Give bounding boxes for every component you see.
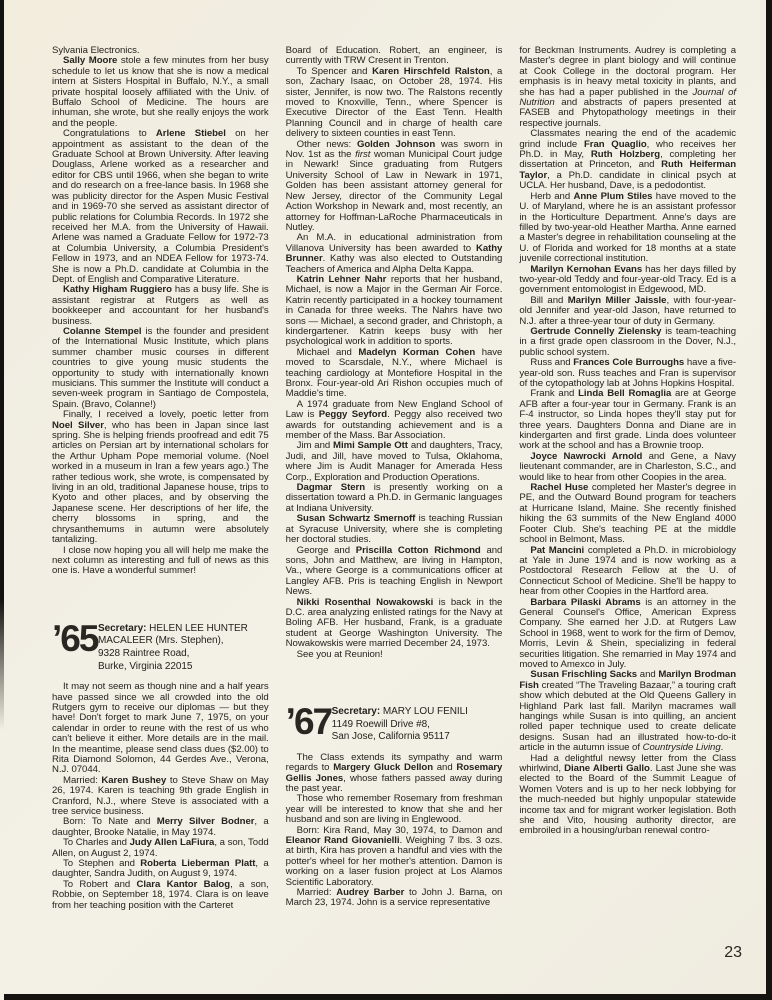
paragraph: A 1974 graduate from New England School … [286,400,503,442]
person-name: Joyce Nawrocki Arnold [530,451,642,462]
class-section-header: ’65Secretary: HELEN LEE HUNTERMACALEER (… [52,623,269,673]
paragraph: Katrin Lehner Nahr reports that her husb… [286,275,503,348]
person-name: Audrey Barber [336,887,404,898]
person-name: Judy Allen LaFiura [130,837,215,848]
paragraph: An M.A. in educational administration fr… [286,233,503,275]
paragraph: Susan Frischling Sacks and Marilyn Brodm… [519,670,736,753]
person-name: Colanne Stempel [63,326,142,337]
person-name: Karen Bushey [101,775,166,786]
text-run: reports that her husband, Michael, is no… [286,274,503,347]
scan-edge-left [0,0,4,730]
text-run: are at George AFB after a four-year tour… [519,388,736,451]
text-run: Those who remember Rosemary from freshma… [286,793,503,825]
person-name: Clara Kantor Balog [137,879,231,890]
person-name: Mimi Sample Ott [333,440,408,451]
person-name: Frances Cole Burroughs [573,357,684,368]
person-name: Arlene Stiebel [156,128,226,139]
text-columns: Sylvania Electronics.Sally Moore stole a… [52,46,736,911]
person-name: Kathy Higham Ruggiero [63,284,172,295]
paragraph: Born: Kira Rand, May 30, 1974, to Damon … [286,826,503,888]
paragraph: Board of Education. Robert, an engineer,… [286,46,503,67]
text-run: Frank and [530,388,578,399]
person-name: Pat Mancini [530,545,584,556]
paragraph: Marilyn Kernohan Evans has her days fill… [519,265,736,296]
paragraph: Those who remember Rosemary from freshma… [286,794,503,825]
paragraph: Classmates nearing the end of the academ… [519,129,736,191]
paragraph: Married: Audrey Barber to John J. Barna,… [286,888,503,909]
text-run: have moved to the U. of Maryland, where … [519,191,736,264]
text-run: , who has been in Japan since last sprin… [52,420,269,545]
person-name: Marilyn Kernohan Evans [530,264,642,275]
text-run: Russ and [530,357,573,368]
person-name: Fran Quaglio [584,139,647,150]
person-name: Ruth Holzberg [591,149,660,160]
person-name: Barbara Pilaski Abrams [530,597,640,608]
paragraph: Herb and Anne Plum Stiles have moved to … [519,192,736,265]
text-run: Finally, I received a lovely, poetic let… [63,409,269,420]
person-name: Anne Plum Stiles [573,191,652,202]
person-name: Nikki Rosenthal Nowakowski [297,597,434,608]
text-run: , a son, Zachary Isaac, on October 28, 1… [286,66,503,139]
column-left: Sylvania Electronics.Sally Moore stole a… [52,46,269,911]
text-run: and [637,669,658,680]
text-run: Bill and [530,295,567,306]
paragraph: Nikki Rosenthal Nowakowski is back in th… [286,598,503,650]
person-name: Priscilla Cotton Richmond [356,545,481,556]
scan-edge-bottom [4,994,772,1000]
paragraph: I close now hoping you all will help me … [52,546,269,577]
paragraph: Michael and Madelyn Korman Cohen have mo… [286,348,503,400]
text-run: To Spencer and [297,66,372,77]
paragraph: To Charles and Judy Allen LaFiura, a son… [52,838,269,859]
paragraph: To Robert and Clara Kantor Balog, a son,… [52,880,269,911]
paragraph: See you at Reunion! [286,650,503,660]
text-run: Married: [63,775,101,786]
paragraph: Bill and Marilyn Miller Jaissle, with fo… [519,296,736,327]
paragraph: It may not seem as though nine and a hal… [52,682,269,776]
text-run: woman Municipal Court judge in Newark! S… [286,149,503,233]
paragraph: To Spencer and Karen Hirschfeld Ralston,… [286,67,503,140]
text-run: It may not seem as though nine and a hal… [52,681,269,775]
paragraph: Susan Schwartz Smernoff is teaching Russ… [286,514,503,545]
text-run: Married: [297,887,337,898]
person-name: Sally Moore [63,55,117,66]
text-run: Born: Kira Rand, May 30, 1974, to Damon … [297,825,503,836]
secretary-address: Secretary: HELEN LEE HUNTERMACALEER (Mrs… [98,623,248,673]
text-run: George and [297,545,356,556]
paragraph: Barbara Pilaski Abrams is an attorney in… [519,598,736,671]
person-name: Susan Frischling Sacks [530,669,637,680]
text-run: , a Ph.D. candidate in clinical psych at… [519,170,736,191]
person-name: Linda Bell Romaglia [578,388,671,399]
text-run: Herb and [530,191,573,202]
person-name: Dagmar Stern [297,482,365,493]
text-run: To Charles and [63,837,130,848]
person-name: Noel Silver [52,420,104,431]
text-run: is an attorney in the General Counsel's … [519,597,736,670]
person-name: Margery Gluck Dellon [333,762,433,773]
person-name: Karen Hirschfeld Ralston [372,66,490,77]
person-name: Diane Alberti Gallo [564,763,650,774]
paragraph: for Beckman Instruments. Audrey is compl… [519,46,736,129]
text-run: Michael and [297,347,359,358]
person-name: Susan Schwartz Smernoff [297,513,416,524]
person-name: Gertrude Connelly Zielensky [530,326,661,337]
text-run: Sylvania Electronics. [52,45,139,56]
person-name: Madelyn Korman Cohen [358,347,475,358]
person-name: Marilyn Miller Jaissle [568,295,667,306]
text-run: . [721,742,724,753]
page-number: 23 [724,944,742,962]
italic-title: first [355,149,370,160]
text-run: and [433,762,456,773]
text-run: To Robert and [63,879,137,890]
paragraph: Jim and Mimi Sample Ott and daughters, T… [286,441,503,483]
magazine-page: Sylvania Electronics.Sally Moore stole a… [0,0,772,1000]
class-section-header: ’67Secretary: MARY LOU FENILI1149 Roewil… [286,706,503,744]
column-middle: Board of Education. Robert, an engineer,… [286,46,503,911]
secretary-label: Secretary: [98,623,149,634]
paragraph: Colanne Stempel is the founder and presi… [52,327,269,410]
paragraph: Sally Moore stole a few minutes from her… [52,56,269,129]
scan-edge-right [766,0,772,1000]
paragraph: Had a delightful newsy letter from the C… [519,754,736,837]
text-run: Other news: [297,139,357,150]
paragraph: Born: To Nate and Merry Silver Bodner, a… [52,817,269,838]
paragraph: The Class extends its sympathy and warm … [286,753,503,795]
text-run: Board of Education. Robert, an engineer,… [286,45,503,66]
paragraph: Other news: Golden Johnson was sworn in … [286,140,503,234]
paragraph: Gertrude Connelly Zielensky is team-teac… [519,327,736,358]
secretary-label: Secretary: [332,706,383,717]
person-name: Golden Johnson [357,139,435,150]
person-name: Peggy Seyford [319,409,387,420]
text-run: . Last June she was elected to the Board… [519,763,736,836]
class-year: ’65 [52,623,96,655]
paragraph: Pat Mancini completed a Ph.D. in microbi… [519,546,736,598]
paragraph: Congratulations to Arlene Stiebel on her… [52,129,269,285]
paragraph: Frank and Linda Bell Romaglia are at Geo… [519,389,736,451]
paragraph: Finally, I received a lovely, poetic let… [52,410,269,545]
text-run: Jim and [297,440,333,451]
italic-title: Countryside Living [643,742,721,753]
text-run: Congratulations to [63,128,156,139]
secretary-address: Secretary: MARY LOU FENILI1149 Roewill D… [332,706,468,744]
text-run: completed her Master's degree in PE, and… [519,482,736,545]
class-year: ’67 [286,706,330,738]
paragraph: To Stephen and Roberta Lieberman Platt, … [52,859,269,880]
paragraph: Rachel Huse completed her Master's degre… [519,483,736,545]
paragraph: Married: Karen Bushey to Steve Shaw on M… [52,776,269,818]
person-name: Katrin Lehner Nahr [297,274,387,285]
text-run: See you at Reunion! [297,649,383,660]
paragraph: Russ and Frances Cole Burroughs have a f… [519,358,736,389]
text-run: Born: To Nate and [63,816,157,827]
paragraph: Joyce Nawrocki Arnold and Gene, a Navy l… [519,452,736,483]
text-run: stole a few minutes from her busy schedu… [52,55,269,128]
person-name: Rachel Huse [530,482,588,493]
paragraph: Kathy Higham Ruggiero has a busy life. S… [52,285,269,327]
text-run: An M.A. in educational administration fr… [286,232,503,253]
person-name: Roberta Lieberman Platt [140,858,255,869]
person-name: Eleanor Rand Giovanielli [286,835,400,846]
paragraph: Dagmar Stern is presently working on a d… [286,483,503,514]
column-right: for Beckman Instruments. Audrey is compl… [519,46,736,911]
paragraph: George and Priscilla Cotton Richmond and… [286,546,503,598]
person-name: Merry Silver Bodner [157,816,255,827]
text-run: is the founder and president of the Inte… [52,326,269,410]
text-run: To Stephen and [63,858,140,869]
text-run: I close now hoping you all will help me … [52,545,269,577]
text-run: on her appointment as assistant to the d… [52,128,269,285]
